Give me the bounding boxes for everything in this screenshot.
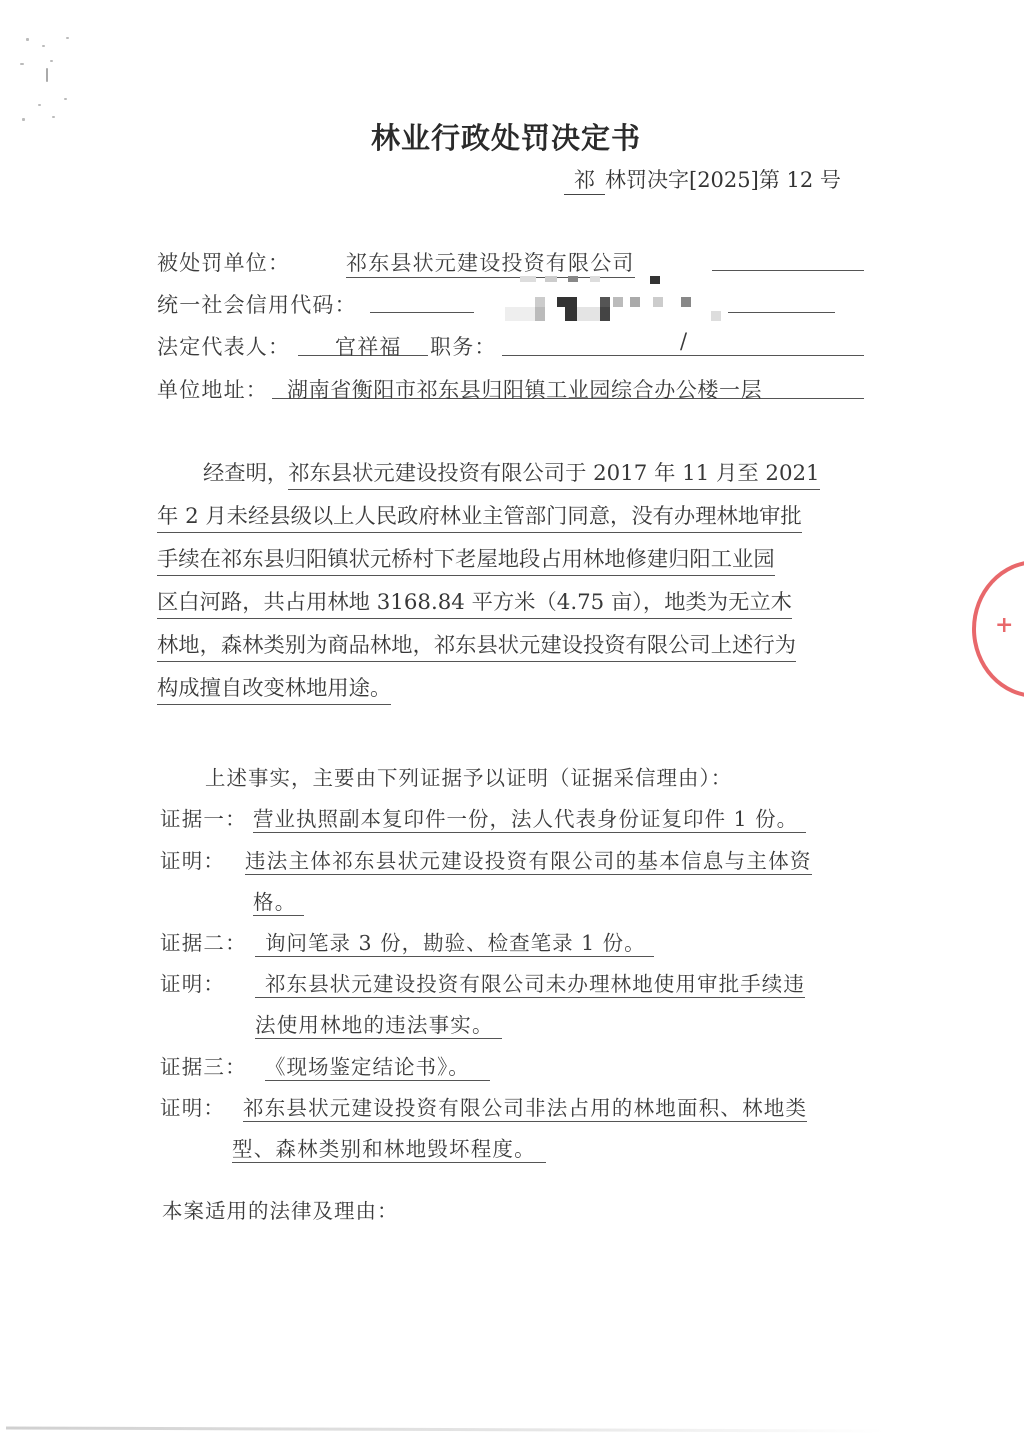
- document-title: 林业行政处罚决定书: [0, 116, 1012, 157]
- punished-unit-value: 祁东县状元建设投资有限公司: [346, 247, 635, 278]
- evidence-2-proof-text-1: 祁东县状元建设投资有限公司未办理林地使用审批手续违: [255, 967, 805, 998]
- evidence-3-proof-line-2: 型、森林类别和林地毁坏程度。: [232, 1132, 546, 1163]
- legal-rep-value: 官祥福: [335, 331, 402, 361]
- evidence-1-label: 证据一：: [160, 802, 247, 832]
- evidence-2-text: 询问笔录 3 份，勘验、检查笔录 1 份。: [255, 926, 654, 957]
- evidence-3-proof-line-1: 祁东县状元建设投资有限公司非法占用的林地面积、林地类: [243, 1091, 807, 1122]
- position-value: /: [680, 329, 688, 353]
- findings-text-6: 构成擅自改变林地用途。: [157, 676, 391, 705]
- evidence-1-text: 营业执照副本复印件一份，法人代表身份证复印件 1 份。: [253, 802, 806, 833]
- findings-line-3: 手续在祁东县归阳镇状元桥村下老屋地段占用林地修建归阳工业园: [157, 538, 867, 581]
- evidence-3-text-value: 《现场鉴定结论书》。: [265, 1050, 490, 1081]
- findings-text-3: 手续在祁东县归阳镇状元桥村下老屋地段占用林地修建归阳工业园: [157, 547, 775, 576]
- findings-paragraph: 经查明，祁东县状元建设投资有限公司于 2017 年 11 月至 2021 年 2…: [157, 452, 867, 710]
- evidence-3-label: 证据三：: [160, 1050, 247, 1080]
- findings-text-4: 区白河路，共占用林地 3168.84 平方米（4.75 亩），地类为无立木: [157, 590, 792, 619]
- evidence-2-text-value: 询问笔录 3 份，勘验、检查笔录 1 份。: [255, 926, 654, 957]
- page-edge: [6, 1426, 886, 1432]
- credit-code-underline-right: [728, 312, 835, 313]
- blank-underline: [712, 270, 864, 271]
- findings-line-6: 构成擅自改变林地用途。: [157, 667, 867, 710]
- evidence-1-proof-line-1: 违法主体祁东县状元建设投资有限公司的基本信息与主体资: [245, 844, 812, 875]
- doc-number-rest: 林罚决字[2025]第 12 号: [605, 168, 841, 192]
- findings-line-5: 林地，森林类别为商品林地，祁东县状元建设投资有限公司上述行为: [157, 624, 867, 667]
- evidence-1-text-value: 营业执照副本复印件一份，法人代表身份证复印件 1 份。: [253, 802, 806, 833]
- findings-line-2: 年 2 月未经县级以上人民政府林业主管部门同意，没有办理林地审批: [157, 495, 867, 538]
- evidence-3-text: 《现场鉴定结论书》。: [265, 1050, 490, 1081]
- punished-unit-label: 被处罚单位：: [157, 247, 290, 277]
- evidence-1-proof-label: 证明：: [160, 844, 225, 874]
- findings-lead: 经查明，: [203, 461, 288, 486]
- evidence-2-proof-label: 证明：: [160, 967, 225, 997]
- credit-code-label: 统一社会信用代码：: [157, 289, 357, 319]
- evidence-3-proof-text-2: 型、森林类别和林地毁坏程度。: [232, 1132, 546, 1163]
- stamp-glyph: +: [995, 612, 1013, 638]
- findings-text-1: 祁东县状元建设投资有限公司于 2017 年 11 月至 2021: [288, 461, 819, 490]
- findings-line-4: 区白河路，共占用林地 3168.84 平方米（4.75 亩），地类为无立木: [157, 581, 867, 624]
- legal-rep-label: 法定代表人：: [157, 331, 290, 361]
- evidence-2-label: 证据二：: [160, 926, 247, 956]
- punished-unit-text: 祁东县状元建设投资有限公司: [346, 247, 635, 278]
- evidence-1-proof-text-2: 格。: [253, 885, 304, 916]
- evidence-3-proof-label: 证明：: [160, 1091, 225, 1121]
- findings-line-1: 经查明，祁东县状元建设投资有限公司于 2017 年 11 月至 2021: [157, 452, 867, 495]
- findings-text-5: 林地，森林类别为商品林地，祁东县状元建设投资有限公司上述行为: [157, 633, 796, 662]
- evidence-1-proof-line-2: 格。: [253, 885, 304, 916]
- law-heading: 本案适用的法律及理由：: [162, 1194, 399, 1224]
- evidence-2-proof-text-2: 法使用林地的违法事实。: [255, 1008, 502, 1039]
- evidence-2-proof-line-1: 祁东县状元建设投资有限公司未办理林地使用审批手续违: [255, 967, 805, 998]
- position-underline: [502, 355, 864, 356]
- document-number: 祁林罚决字[2025]第 12 号: [564, 164, 841, 195]
- address-label: 单位地址：: [157, 374, 268, 404]
- evidence-3-proof-text-1: 祁东县状元建设投资有限公司非法占用的林地面积、林地类: [243, 1091, 807, 1122]
- credit-code-underline-left: [370, 312, 474, 313]
- findings-text-2: 年 2 月未经县级以上人民政府林业主管部门同意，没有办理林地审批: [157, 504, 802, 533]
- address-value: 湖南省衡阳市祁东县归阳镇工业园综合办公楼一层: [287, 374, 762, 404]
- evidence-2-proof-line-2: 法使用林地的违法事实。: [255, 1008, 502, 1039]
- doc-number-prefix: 祁: [564, 164, 605, 195]
- evidence-intro: 上述事实，主要由下列证据予以证明（证据采信理由）：: [205, 761, 732, 791]
- position-label: 职务：: [430, 331, 497, 361]
- evidence-1-proof-text-1: 违法主体祁东县状元建设投资有限公司的基本信息与主体资: [245, 844, 812, 875]
